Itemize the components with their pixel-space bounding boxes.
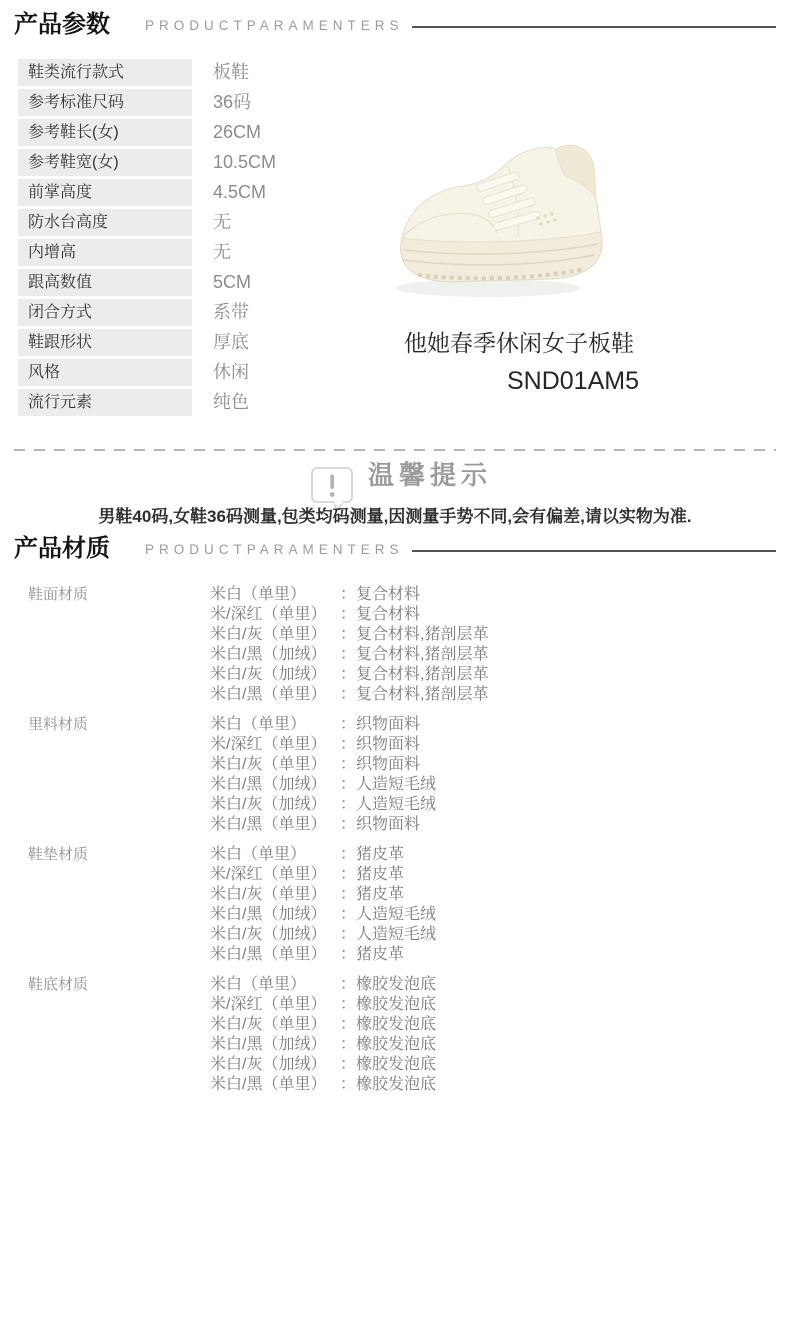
material-line: 米白/黑（单里）：猪皮革 (210, 945, 772, 965)
material-line: 米白/黑（加绒）：橡胶发泡底 (210, 1035, 772, 1055)
params-section-title: 产品参数 (14, 8, 110, 42)
material-separator: ： (340, 995, 356, 1015)
material-group-label: 鞋面材质 (28, 585, 210, 705)
material-separator: ： (340, 755, 356, 775)
material-colorway: 米白（单里） (210, 845, 340, 865)
params-section-subtitle: PRODUCTPARAMENTERS (145, 17, 404, 35)
material-colorway: 米/深红（单里） (210, 865, 340, 885)
material-value: 织物面料 (356, 815, 420, 835)
param-value: 休闲 (213, 359, 249, 386)
material-group-label: 里料材质 (28, 715, 210, 835)
material-value: 织物面料 (356, 755, 420, 775)
param-value: 26CM (213, 119, 261, 146)
material-colorway: 米白/黑（加绒） (210, 775, 340, 795)
material-line: 米白（单里）：橡胶发泡底 (210, 975, 772, 995)
param-label: 流行元素 (18, 389, 192, 416)
material-separator: ： (340, 665, 356, 685)
material-value: 橡胶发泡底 (356, 995, 436, 1015)
material-group: 鞋垫材质米白（单里）：猪皮革米/深红（单里）：猪皮革米白/灰（单里）：猪皮革米白… (28, 845, 772, 965)
material-value: 人造短毛绒 (356, 795, 436, 815)
material-line: 米白/灰（单里）：复合材料,猪剖层革 (210, 625, 772, 645)
material-group-label: 鞋底材质 (28, 975, 210, 1095)
material-colorway: 米白/黑（加绒） (210, 645, 340, 665)
material-line: 米白/灰（加绒）：人造短毛绒 (210, 795, 772, 815)
material-colorway: 米白/黑（单里） (210, 685, 340, 705)
param-label: 跟高数值 (18, 269, 192, 296)
material-value: 复合材料,猪剖层革 (356, 685, 488, 705)
material-value: 人造短毛绒 (356, 775, 436, 795)
material-separator: ： (340, 1075, 356, 1095)
param-label: 闭合方式 (18, 299, 192, 326)
param-row: 风格休闲 (18, 359, 488, 386)
material-separator: ： (340, 795, 356, 815)
material-colorway: 米白/黑（加绒） (210, 905, 340, 925)
material-colorway: 米白（单里） (210, 585, 340, 605)
material-colorway: 米白/灰（单里） (210, 755, 340, 775)
materials-section-title: 产品材质 (14, 532, 110, 566)
material-separator: ： (340, 585, 356, 605)
material-value: 猪皮革 (356, 865, 404, 885)
material-separator: ： (340, 905, 356, 925)
param-label: 前掌高度 (18, 179, 192, 206)
material-line: 米白/灰（单里）：橡胶发泡底 (210, 1015, 772, 1035)
material-value: 织物面料 (356, 715, 420, 735)
materials-section-subtitle: PRODUCTPARAMENTERS (145, 541, 404, 559)
material-colorway: 米白（单里） (210, 715, 340, 735)
material-colorway: 米白/黑（单里） (210, 945, 340, 965)
material-line: 米白/灰（单里）：猪皮革 (210, 885, 772, 905)
material-line: 米白/灰（加绒）：人造短毛绒 (210, 925, 772, 945)
material-colorway: 米白/黑（加绒） (210, 1035, 340, 1055)
material-colorway: 米白/灰（加绒） (210, 925, 340, 945)
material-lines: 米白（单里）：织物面料米/深红（单里）：织物面料米白/灰（单里）：织物面料米白/… (210, 715, 772, 835)
param-label: 防水台高度 (18, 209, 192, 236)
material-group: 鞋面材质米白（单里）：复合材料米/深红（单里）：复合材料米白/灰（单里）：复合材… (28, 585, 772, 705)
material-value: 复合材料,猪剖层革 (356, 645, 488, 665)
material-separator: ： (340, 1015, 356, 1035)
param-value: 纯色 (213, 389, 249, 416)
material-separator: ： (340, 815, 356, 835)
material-line: 米白/黑（加绒）：人造短毛绒 (210, 905, 772, 925)
material-line: 米白/灰（加绒）：复合材料,猪剖层革 (210, 665, 772, 685)
material-colorway: 米/深红（单里） (210, 995, 340, 1015)
params-section-header: 产品参数 PRODUCTPARAMENTERS (14, 8, 776, 44)
material-colorway: 米/深红（单里） (210, 605, 340, 625)
param-label: 内增高 (18, 239, 192, 266)
param-value: 无 (213, 239, 231, 266)
material-colorway: 米白（单里） (210, 975, 340, 995)
material-separator: ： (340, 1055, 356, 1075)
notice-text: 男鞋40码,女鞋36码测量,包类均码测量,因测量手势不同,会有偏差,请以实物为准… (0, 505, 790, 529)
param-label: 参考鞋长(女) (18, 119, 192, 146)
material-separator: ： (340, 925, 356, 945)
material-colorway: 米白/灰（单里） (210, 1015, 340, 1035)
param-label: 参考鞋宽(女) (18, 149, 192, 176)
material-separator: ： (340, 645, 356, 665)
material-line: 米白/黑（加绒）：复合材料,猪剖层革 (210, 645, 772, 665)
material-line: 米白/黑（单里）：织物面料 (210, 815, 772, 835)
materials-list: 鞋面材质米白（单里）：复合材料米/深红（单里）：复合材料米白/灰（单里）：复合材… (28, 585, 772, 1105)
material-value: 复合材料 (356, 585, 420, 605)
material-line: 米/深红（单里）：复合材料 (210, 605, 772, 625)
material-value: 复合材料,猪剖层革 (356, 665, 488, 685)
material-line: 米/深红（单里）：织物面料 (210, 735, 772, 755)
material-value: 复合材料,猪剖层革 (356, 625, 488, 645)
material-value: 橡胶发泡底 (356, 1015, 436, 1035)
material-lines: 米白（单里）：复合材料米/深红（单里）：复合材料米白/灰（单里）：复合材料,猪剖… (210, 585, 772, 705)
material-value: 织物面料 (356, 735, 420, 755)
material-line: 米白（单里）：复合材料 (210, 585, 772, 605)
material-separator: ： (340, 775, 356, 795)
material-separator: ： (340, 625, 356, 645)
product-model: SND01AM5 (507, 366, 639, 396)
material-colorway: 米白/黑（单里） (210, 1075, 340, 1095)
param-value: 系带 (213, 299, 249, 326)
materials-header-rule (412, 550, 776, 552)
material-separator: ： (340, 865, 356, 885)
material-value: 橡胶发泡底 (356, 975, 436, 995)
notice-title: 温馨提示 (368, 459, 492, 491)
param-row: 鞋类流行款式板鞋 (18, 59, 488, 86)
params-header-rule (412, 26, 776, 28)
param-value: 无 (213, 209, 231, 236)
material-separator: ： (340, 945, 356, 965)
material-value: 人造短毛绒 (356, 925, 436, 945)
materials-section-header: 产品材质 PRODUCTPARAMENTERS (14, 532, 776, 568)
material-colorway: 米白/灰（单里） (210, 885, 340, 905)
material-group: 鞋底材质米白（单里）：橡胶发泡底米/深红（单里）：橡胶发泡底米白/灰（单里）：橡… (28, 975, 772, 1095)
material-value: 橡胶发泡底 (356, 1055, 436, 1075)
material-colorway: 米白/黑（单里） (210, 815, 340, 835)
material-value: 猪皮革 (356, 885, 404, 905)
product-image (388, 128, 638, 308)
dashed-divider (14, 449, 776, 451)
param-row: 流行元素纯色 (18, 389, 488, 416)
material-colorway: 米/深红（单里） (210, 735, 340, 755)
material-colorway: 米白/灰（加绒） (210, 1055, 340, 1075)
material-separator: ： (340, 715, 356, 735)
param-label: 风格 (18, 359, 192, 386)
material-group-label: 鞋垫材质 (28, 845, 210, 965)
material-group: 里料材质米白（单里）：织物面料米/深红（单里）：织物面料米白/灰（单里）：织物面… (28, 715, 772, 835)
param-value: 厚底 (213, 329, 249, 356)
material-line: 米白/灰（单里）：织物面料 (210, 755, 772, 775)
material-value: 橡胶发泡底 (356, 1035, 436, 1055)
param-value: 5CM (213, 269, 251, 296)
material-line: 米白/黑（单里）：复合材料,猪剖层革 (210, 685, 772, 705)
param-row: 参考标准尺码36码 (18, 89, 488, 116)
material-line: 米/深红（单里）：橡胶发泡底 (210, 995, 772, 1015)
product-detail-page: { "page": {"width": 790, "height": 1330,… (0, 0, 790, 1330)
material-separator: ： (340, 845, 356, 865)
param-value: 36码 (213, 89, 251, 116)
material-colorway: 米白/灰（加绒） (210, 795, 340, 815)
param-label: 鞋跟形状 (18, 329, 192, 356)
param-label: 鞋类流行款式 (18, 59, 192, 86)
material-line: 米白（单里）：织物面料 (210, 715, 772, 735)
material-colorway: 米白/灰（单里） (210, 625, 340, 645)
material-line: 米/深红（单里）：猪皮革 (210, 865, 772, 885)
material-separator: ： (340, 1035, 356, 1055)
param-label: 参考标准尺码 (18, 89, 192, 116)
material-value: 人造短毛绒 (356, 905, 436, 925)
material-line: 米白/黑（加绒）：人造短毛绒 (210, 775, 772, 795)
material-separator: ： (340, 885, 356, 905)
material-separator: ： (340, 685, 356, 705)
material-value: 猪皮革 (356, 845, 404, 865)
param-value: 10.5CM (213, 149, 276, 176)
material-line: 米白/黑（单里）：橡胶发泡底 (210, 1075, 772, 1095)
material-separator: ： (340, 975, 356, 995)
material-separator: ： (340, 735, 356, 755)
material-value: 复合材料 (356, 605, 420, 625)
material-colorway: 米白/灰（加绒） (210, 665, 340, 685)
material-separator: ： (340, 605, 356, 625)
sneaker-illustration (388, 128, 638, 308)
material-value: 橡胶发泡底 (356, 1075, 436, 1095)
material-value: 猪皮革 (356, 945, 404, 965)
product-name: 他她春季休闲女子板鞋 (404, 328, 634, 358)
material-lines: 米白（单里）：橡胶发泡底米/深红（单里）：橡胶发泡底米白/灰（单里）：橡胶发泡底… (210, 975, 772, 1095)
material-lines: 米白（单里）：猪皮革米/深红（单里）：猪皮革米白/灰（单里）：猪皮革米白/黑（加… (210, 845, 772, 965)
material-line: 米白（单里）：猪皮革 (210, 845, 772, 865)
param-value: 4.5CM (213, 179, 266, 206)
param-value: 板鞋 (213, 59, 249, 86)
material-line: 米白/灰（加绒）：橡胶发泡底 (210, 1055, 772, 1075)
